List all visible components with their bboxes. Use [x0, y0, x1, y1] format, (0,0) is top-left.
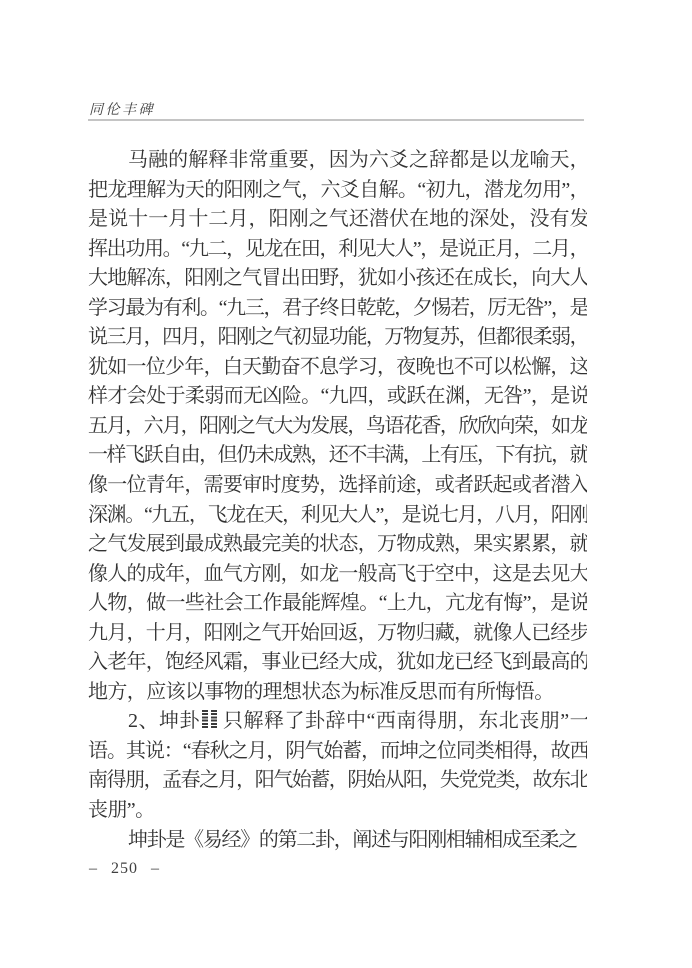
text-line: 之气发展到最成熟最完美的状态，万物成熟，果实累累，就	[88, 530, 587, 560]
text-line: 地方，应该以事物的理想状态为标准反思而有所悔悟。	[88, 678, 587, 708]
text-line: 马融的解释非常重要，因为六爻之辞都是以龙喻天，	[88, 146, 587, 176]
text-line: 犹如一位少年，白天勤奋不息学习，夜晚也不可以松懈，这	[88, 353, 587, 383]
text-line: 丧朋”。	[88, 796, 587, 826]
text-line: 九月，十月，阳刚之气开始回返，万物归藏，就像人已经步	[88, 619, 587, 649]
text-line: 样才会处于柔弱而无凶险。“九四，或跃在渊，无咎”，是说	[88, 382, 587, 412]
text-line: 五月，六月，阳刚之气大为发展，鸟语花香，欣欣向荣，如龙	[88, 412, 587, 442]
paragraph: 2、坤卦只解释了卦辞中“西南得朋，东北丧朋”一语。其说：“春秋之月，阴气始蓄，而…	[88, 707, 587, 825]
body-text: 马融的解释非常重要，因为六爻之辞都是以龙喻天，把龙理解为天的阳刚之气，六爻自解。…	[88, 146, 587, 855]
text-line: 挥出功用。“九二，见龙在田，利见大人”，是说正月，二月，	[88, 235, 587, 265]
header-rule	[88, 119, 584, 121]
paragraph: 坤卦是《易经》的第二卦，阐述与阳刚相辅相成至柔之	[88, 826, 587, 856]
text-line: 学习最为有利。“九三，君子终日乾乾，夕惕若，厉无咎”，是	[88, 294, 587, 324]
text-line: 把龙理解为天的阳刚之气，六爻自解。“初九，潜龙勿用”，	[88, 176, 587, 206]
text-line: 2、坤卦只解释了卦辞中“西南得朋，东北丧朋”一	[88, 707, 587, 737]
kun-hexagram-icon	[202, 710, 217, 728]
text-line: 语。其说：“春秋之月，阴气始蓄，而坤之位同类相得，故西	[88, 737, 587, 767]
text-line: 大地解冻，阳刚之气冒出田野，犹如小孩还在成长，向大人	[88, 264, 587, 294]
paragraph: 马融的解释非常重要，因为六爻之辞都是以龙喻天，把龙理解为天的阳刚之气，六爻自解。…	[88, 146, 587, 707]
text-line: 像人的成年，血气方刚，如龙一般高飞于空中，这是去见大	[88, 560, 587, 590]
text-line: 是说十一月十二月，阳刚之气还潜伏在地的深处，没有发	[88, 205, 587, 235]
text-line: 说三月，四月，阳刚之气初显功能，万物复苏，但都很柔弱，	[88, 323, 587, 353]
text-line: 南得朋，孟春之月，阳气始蓄，阴始从阳，失党党类，故东北	[88, 766, 587, 796]
page-number: – 250 –	[89, 860, 160, 878]
text-line: 一样飞跃自由，但仍未成熟，还不丰满，上有压，下有抗，就	[88, 441, 587, 471]
book-page: 同伦丰碑 马融的解释非常重要，因为六爻之辞都是以龙喻天，把龙理解为天的阳刚之气，…	[0, 0, 692, 968]
text-line: 坤卦是《易经》的第二卦，阐述与阳刚相辅相成至柔之	[88, 826, 587, 856]
text-line: 像一位青年，需要审时度势，选择前途，或者跃起或者潜入	[88, 471, 587, 501]
text-line: 人物，做一些社会工作最能辉煌。“上九，亢龙有悔”，是说	[88, 589, 587, 619]
text-line: 入老年，饱经风霜，事业已经大成，犹如龙已经飞到最高的	[88, 648, 587, 678]
text-line: 深渊。“九五，飞龙在天，利见大人”，是说七月，八月，阳刚	[88, 501, 587, 531]
running-header-title: 同伦丰碑	[89, 99, 155, 119]
